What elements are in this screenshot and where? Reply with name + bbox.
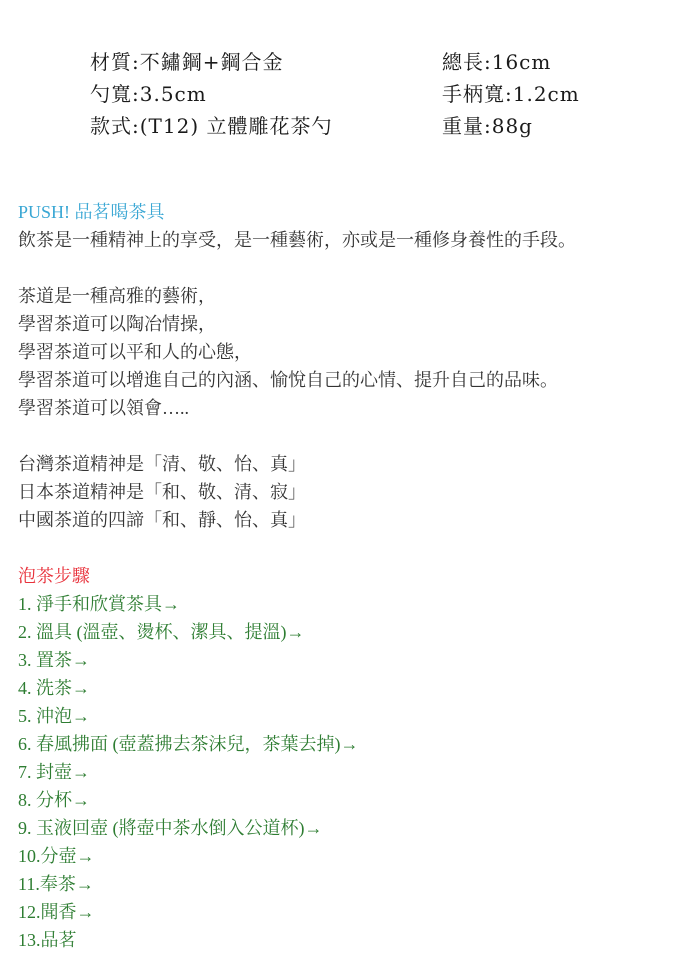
- step-item: 7. 封壺→: [18, 758, 359, 786]
- spirit-line-taiwan: 台灣茶道精神是「清、敬、怡、真」: [18, 450, 306, 478]
- tea-art-section: 茶道是一種高雅的藝術， 學習茶道可以陶冶情操， 學習茶道可以平和人的心態， 學習…: [18, 282, 558, 422]
- product-specs: 材質:不鏽鋼+鋼合金 總長:16cm 勺寬:3.5cm 手柄寬:1.2cm 款式…: [90, 46, 610, 142]
- step-item: 1. 淨手和欣賞茶具→: [18, 590, 359, 618]
- step-item: 13.品茗: [18, 926, 359, 954]
- spirit-line-japan: 日本茶道精神是「和、敬、清、寂」: [18, 478, 306, 506]
- tea-art-line: 學習茶道可以增進自己的內涵、愉悅自己的心情、提升自己的品味。: [18, 366, 558, 394]
- intro-heading: PUSH! 品茗喝茶具: [18, 198, 576, 226]
- step-item: 9. 玉液回壺 (將壺中茶水倒入公道杯)→: [18, 814, 359, 842]
- step-item: 4. 洗茶→: [18, 674, 359, 702]
- spec-total-length: 總長:16cm: [442, 46, 551, 75]
- step-item: 6. 春風拂面 (壺蓋拂去茶沫兒，茶葉去掉)→: [18, 730, 359, 758]
- tea-spirit-section: 台灣茶道精神是「清、敬、怡、真」 日本茶道精神是「和、敬、清、寂」 中國茶道的四…: [18, 450, 306, 534]
- brewing-steps-section: 泡茶步驟 1. 淨手和欣賞茶具→ 2. 溫具 (溫壺、燙杯、潔具、提溫)→ 3.…: [18, 562, 359, 954]
- spec-row-material: 材質:不鏽鋼+鋼合金 總長:16cm: [90, 46, 610, 78]
- step-item: 12.聞香→: [18, 898, 359, 926]
- step-item: 10.分壺→: [18, 842, 359, 870]
- step-item: 8. 分杯→: [18, 786, 359, 814]
- intro-text: 飲茶是一種精神上的享受，是一種藝術，亦或是一種修身養性的手段。: [18, 226, 576, 254]
- spec-spoon-width: 勺寬:3.5cm: [90, 78, 207, 107]
- spec-row-width: 勺寬:3.5cm 手柄寬:1.2cm: [90, 78, 610, 110]
- spec-style: 款式:(T12) 立體雕花茶勺: [90, 110, 333, 139]
- step-item: 11.奉茶→: [18, 870, 359, 898]
- spec-material: 材質:不鏽鋼+鋼合金: [90, 46, 284, 75]
- step-item: 5. 沖泡→: [18, 702, 359, 730]
- spec-row-style: 款式:(T12) 立體雕花茶勺 重量:88g: [90, 110, 610, 142]
- steps-heading: 泡茶步驟: [18, 562, 359, 590]
- spirit-line-china: 中國茶道的四諦「和、靜、怡、真」: [18, 506, 306, 534]
- step-item: 2. 溫具 (溫壺、燙杯、潔具、提溫)→: [18, 618, 359, 646]
- intro-section: PUSH! 品茗喝茶具 飲茶是一種精神上的享受，是一種藝術，亦或是一種修身養性的…: [18, 198, 576, 254]
- tea-art-line: 學習茶道可以陶冶情操，: [18, 310, 558, 338]
- spec-weight: 重量:88g: [442, 110, 533, 139]
- tea-art-line: 學習茶道可以平和人的心態，: [18, 338, 558, 366]
- step-item: 3. 置茶→: [18, 646, 359, 674]
- tea-art-line: 學習茶道可以領會…..: [18, 394, 558, 422]
- tea-art-line: 茶道是一種高雅的藝術，: [18, 282, 558, 310]
- spec-handle-width: 手柄寬:1.2cm: [442, 78, 580, 107]
